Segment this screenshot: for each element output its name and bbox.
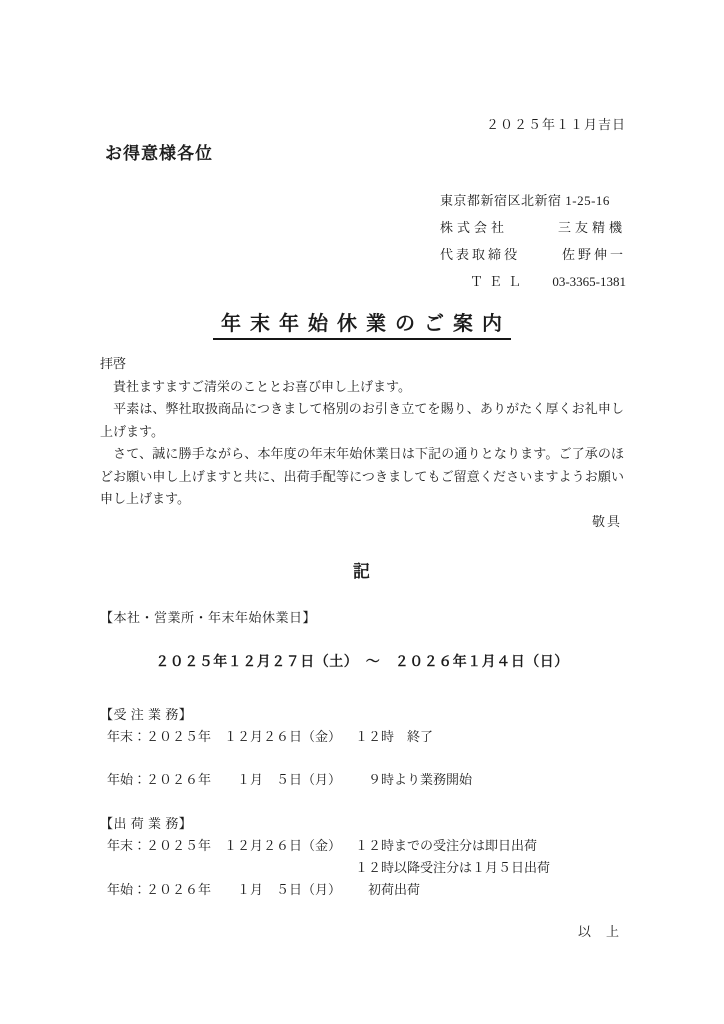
body-paragraph-3: さて、誠に勝手ながら、本年度の年末年始休業日は下記の通りとなります。ご了承のほど… <box>100 443 624 511</box>
shipping-yearend-detail-1: １２時までの受注分は即日出荷 <box>355 835 550 857</box>
order-newyear-detail: ９時より業務開始 <box>355 769 472 791</box>
person-name: 佐野伸一 <box>562 241 626 268</box>
company-name: 三友精機 <box>558 214 626 241</box>
end-mark: 以 上 <box>0 921 620 943</box>
page-title: 年末年始休業のご案内 <box>213 311 511 340</box>
shipping-yearend-row: 年末：２０２５年 １２月２６日（金） １２時までの受注分は即日出荷 １２時以降受… <box>107 835 724 879</box>
shipping-newyear-detail: 初荷出荷 <box>355 879 420 901</box>
closing-word: 敬具 <box>100 511 624 534</box>
role-label: 代表取締役 <box>440 241 520 268</box>
sender-representative-line: 代表取締役 佐野伸一 <box>440 241 626 268</box>
order-section-heading: 【受 注 業 務】 <box>100 704 724 726</box>
body-paragraph-2: 平素は、弊社取扱商品につきまして格別のお引き立てを賜り、ありがたく厚くお礼申し上… <box>100 398 624 443</box>
order-newyear-row: 年始：２０２６年 １月 ５日（月） ９時より業務開始 <box>107 769 724 791</box>
shipping-section-heading: 【出 荷 業 務】 <box>100 813 724 835</box>
letter-body: 拝啓 貴社ますますご清栄のこととお喜び申し上げます。 平素は、弊社取扱商品につき… <box>100 353 624 533</box>
holiday-period: ２０２５年１２月２７日（土） ～ ２０２６年１月４日（日） <box>0 652 724 674</box>
record-mark: 記 <box>0 561 724 583</box>
sender-address: 東京都新宿区北新宿 1-25-16 <box>440 187 626 214</box>
order-yearend-row: 年末：２０２５年 １２月２６日（金） １２時 終了 <box>107 726 724 748</box>
body-paragraph-1: 貴社ますますご清栄のこととお喜び申し上げます。 <box>100 376 624 399</box>
tel-label: ＴＥＬ <box>470 268 527 295</box>
holiday-section-heading: 【本社・営業所・年末年始休業日】 <box>100 607 724 629</box>
sender-tel-line: ＴＥＬ 03-3365-1381 <box>440 268 626 295</box>
order-newyear-label: 年始：２０２６年 １月 ５日（月） <box>107 769 355 791</box>
document-page: ２０２５年１１月吉日 お得意様各位 東京都新宿区北新宿 1-25-16 株式会社… <box>0 0 724 1024</box>
shipping-newyear-label: 年始：２０２６年 １月 ５日（月） <box>107 879 355 901</box>
salutation: 拝啓 <box>100 353 624 376</box>
order-yearend-detail: １２時 終了 <box>355 726 433 748</box>
tel-number: 03-3365-1381 <box>552 268 626 295</box>
sender-block: 東京都新宿区北新宿 1-25-16 株式会社 三友精機 代表取締役 佐野伸一 Ｔ… <box>0 187 626 295</box>
shipping-yearend-detail-2: １２時以降受注分は１月５日出荷 <box>355 857 550 879</box>
company-label: 株式会社 <box>440 214 508 241</box>
title-row: 年末年始休業のご案内 <box>0 311 724 340</box>
recipient-line: お得意様各位 <box>105 143 724 165</box>
order-yearend-label: 年末：２０２５年 １２月２６日（金） <box>107 726 355 748</box>
sender-company-line: 株式会社 三友精機 <box>440 214 626 241</box>
shipping-yearend-label: 年末：２０２５年 １２月２６日（金） <box>107 835 355 879</box>
document-date: ２０２５年１１月吉日 <box>0 0 626 135</box>
shipping-newyear-row: 年始：２０２６年 １月 ５日（月） 初荷出荷 <box>107 879 724 901</box>
